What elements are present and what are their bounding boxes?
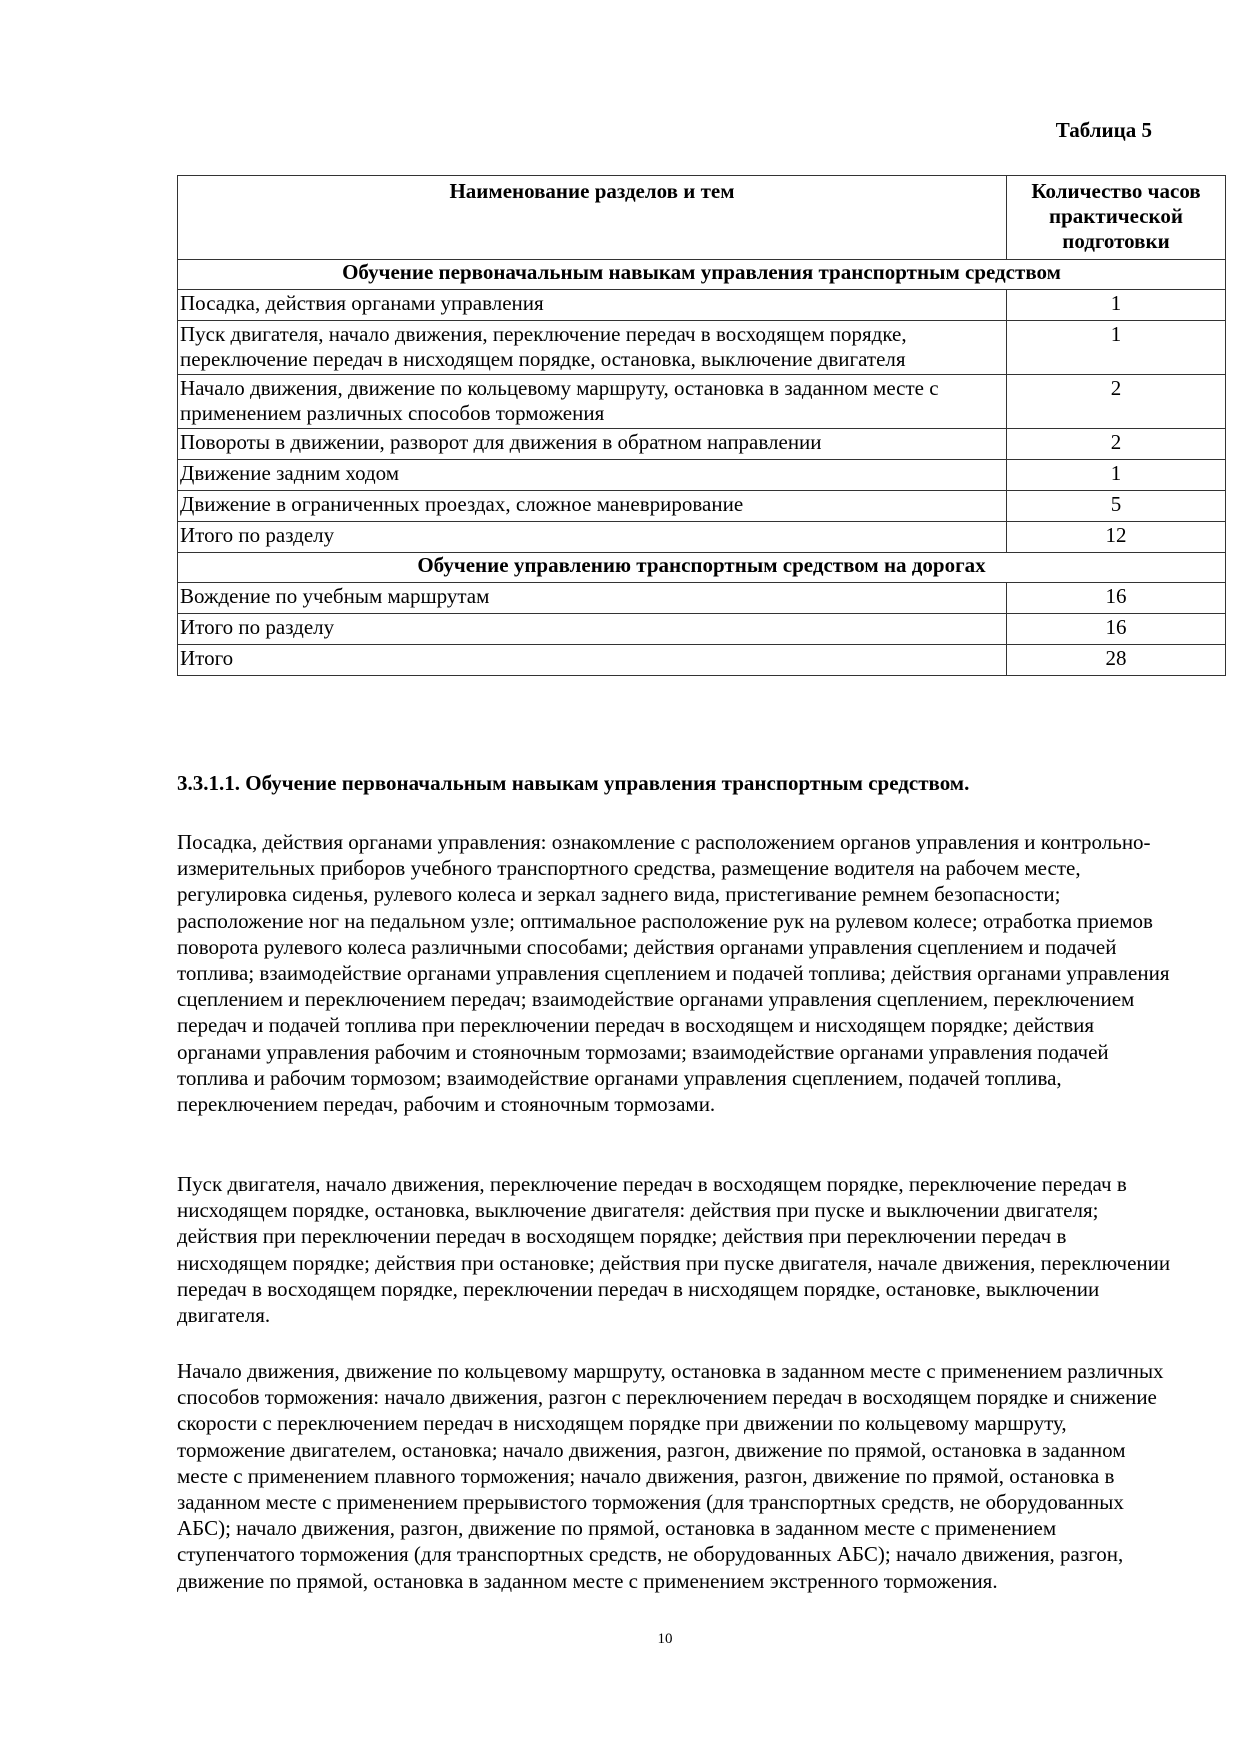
table-row: Начало движения, движение по кольцевому … bbox=[178, 375, 1226, 429]
body-paragraph: Пуск двигателя, начало движения, переклю… bbox=[177, 1171, 1177, 1328]
table-header-row: Наименование разделов и тем Количество ч… bbox=[178, 176, 1226, 260]
topic-cell: Движение задним ходом bbox=[178, 460, 1007, 491]
topic-cell: Посадка, действия органами управления bbox=[178, 290, 1007, 321]
body-paragraph: Посадка, действия органами управления: о… bbox=[177, 829, 1177, 1117]
hours-cell: 16 bbox=[1007, 614, 1226, 645]
section-row: Обучение первоначальным навыкам управлен… bbox=[178, 260, 1226, 290]
hours-cell: 2 bbox=[1007, 429, 1226, 460]
table-row: Повороты в движении, разворот для движен… bbox=[178, 429, 1226, 460]
header-topic-name: Наименование разделов и тем bbox=[178, 176, 1007, 260]
hours-cell: 12 bbox=[1007, 522, 1226, 553]
hours-cell: 16 bbox=[1007, 583, 1226, 614]
topic-cell: Итого bbox=[178, 645, 1007, 676]
section-heading: 3.3.1.1. Обучение первоначальным навыкам… bbox=[177, 770, 969, 796]
topic-cell: Начало движения, движение по кольцевому … bbox=[178, 375, 1007, 429]
section-title: Обучение управлению транспортным средств… bbox=[178, 553, 1226, 583]
table-caption: Таблица 5 bbox=[1056, 117, 1152, 143]
hours-cell: 28 bbox=[1007, 645, 1226, 676]
practical-hours-table: Наименование разделов и тем Количество ч… bbox=[177, 175, 1226, 676]
table-row: Пуск двигателя, начало движения, переклю… bbox=[178, 321, 1226, 375]
hours-cell: 1 bbox=[1007, 290, 1226, 321]
topic-cell: Движение в ограниченных проездах, сложно… bbox=[178, 491, 1007, 522]
hours-cell: 1 bbox=[1007, 321, 1226, 375]
table-row: Посадка, действия органами управления 1 bbox=[178, 290, 1226, 321]
topic-cell: Итого по разделу bbox=[178, 522, 1007, 553]
section-subtotal-row: Итого по разделу 12 bbox=[178, 522, 1226, 553]
page-number: 10 bbox=[0, 1630, 1240, 1648]
table-row: Движение задним ходом 1 bbox=[178, 460, 1226, 491]
section-subtotal-row: Итого по разделу 16 bbox=[178, 614, 1226, 645]
topic-cell: Вождение по учебным маршрутам bbox=[178, 583, 1007, 614]
hours-cell: 1 bbox=[1007, 460, 1226, 491]
topic-cell: Итого по разделу bbox=[178, 614, 1007, 645]
table-row: Вождение по учебным маршрутам 16 bbox=[178, 583, 1226, 614]
section-title: Обучение первоначальным навыкам управлен… bbox=[178, 260, 1226, 290]
topic-cell: Пуск двигателя, начало движения, переклю… bbox=[178, 321, 1007, 375]
header-hours: Количество часов практической подготовки bbox=[1007, 176, 1226, 260]
hours-cell: 2 bbox=[1007, 375, 1226, 429]
section-row: Обучение управлению транспортным средств… bbox=[178, 553, 1226, 583]
topic-cell: Повороты в движении, разворот для движен… bbox=[178, 429, 1007, 460]
hours-cell: 5 bbox=[1007, 491, 1226, 522]
document-page: Таблица 5 Наименование разделов и тем Ко… bbox=[0, 0, 1240, 1755]
table-row: Движение в ограниченных проездах, сложно… bbox=[178, 491, 1226, 522]
body-paragraph: Начало движения, движение по кольцевому … bbox=[177, 1358, 1177, 1594]
grand-total-row: Итого 28 bbox=[178, 645, 1226, 676]
